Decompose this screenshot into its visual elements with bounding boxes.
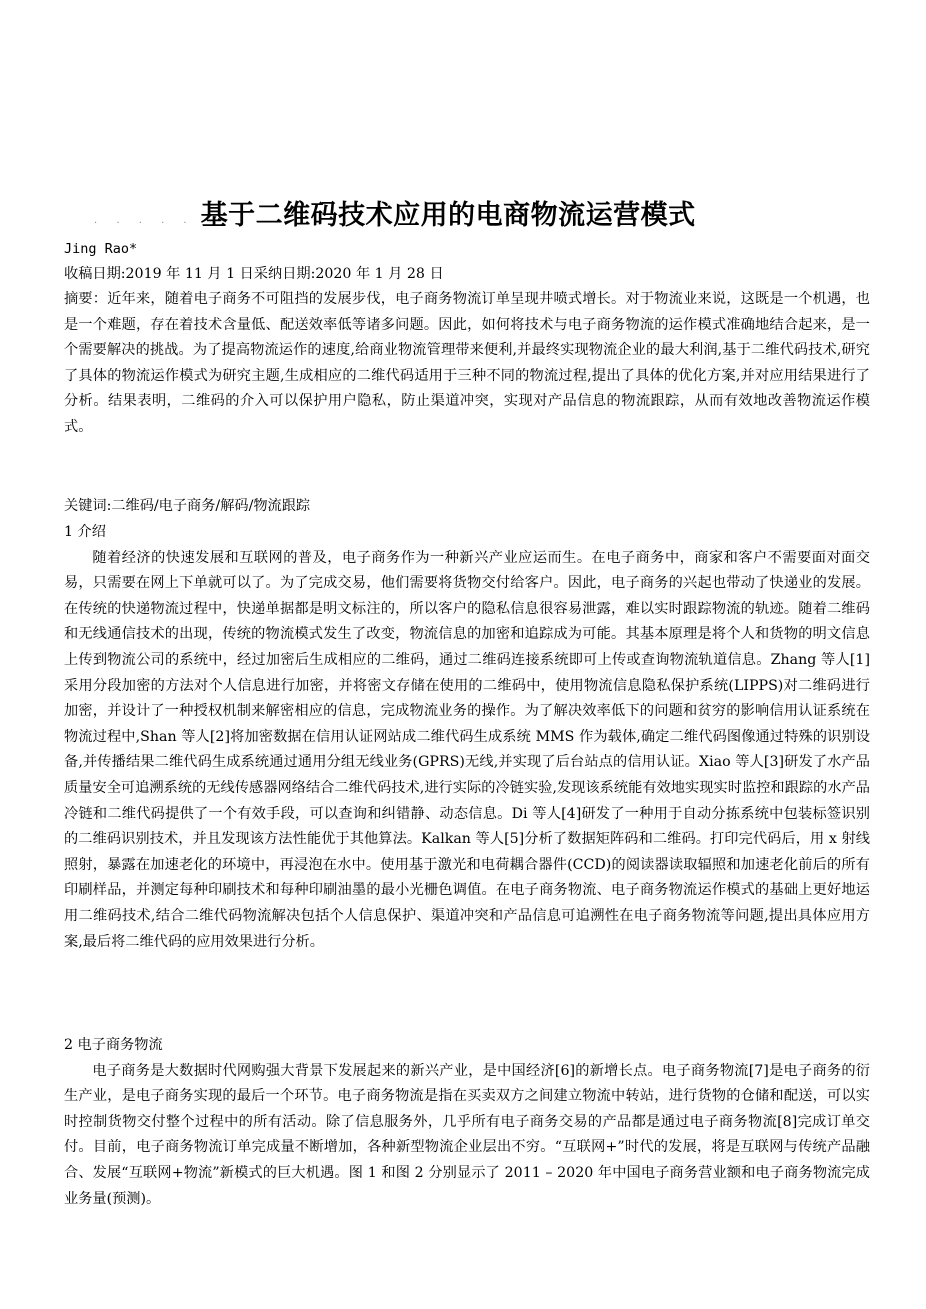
section-introduction: 1 介绍 随着经济的快速发展和互联网的普及，电子商务作为一种新兴产业应运而生。在… [64,520,870,955]
abstract: 摘要：近年来，随着电子商务不可阻挡的发展步伐，电子商务物流订单呈现井喷式增长。对… [64,287,870,441]
received-accepted-dates: 收稿日期:2019 年 11 月 1 日采纳日期:2020 年 1 月 28 日 [64,262,444,287]
keywords-text: 关键词:二维码/电子商务/解码/物流跟踪 [64,494,870,520]
section-paragraph: 电子商务是大数据时代网购强大背景下发展起来的新兴产业，是中国经济[6]的新增长点… [64,1059,870,1213]
abstract-text: 摘要：近年来，随着电子商务不可阻挡的发展步伐，电子商务物流订单呈现井喷式增长。对… [64,287,870,441]
section-heading: 2 电子商务物流 [64,1033,870,1059]
title-leader-dots: . . . . . [94,199,195,226]
keywords: 关键词:二维码/电子商务/解码/物流跟踪 [64,494,870,520]
section-ecommerce-logistics: 2 电子商务物流 电子商务是大数据时代网购强大背景下发展起来的新兴产业，是中国经… [64,1033,870,1212]
section-paragraph: 随着经济的快速发展和互联网的普及，电子商务作为一种新兴产业应运而生。在电子商务中… [64,546,870,956]
paper-title: 基于二维码技术应用的电商物流运营模式 [201,193,696,232]
author-line: Jing Rao* [64,237,137,262]
section-heading: 1 介绍 [64,520,870,546]
title-row: . . . . . 基于二维码技术应用的电商物流运营模式 [94,193,854,232]
